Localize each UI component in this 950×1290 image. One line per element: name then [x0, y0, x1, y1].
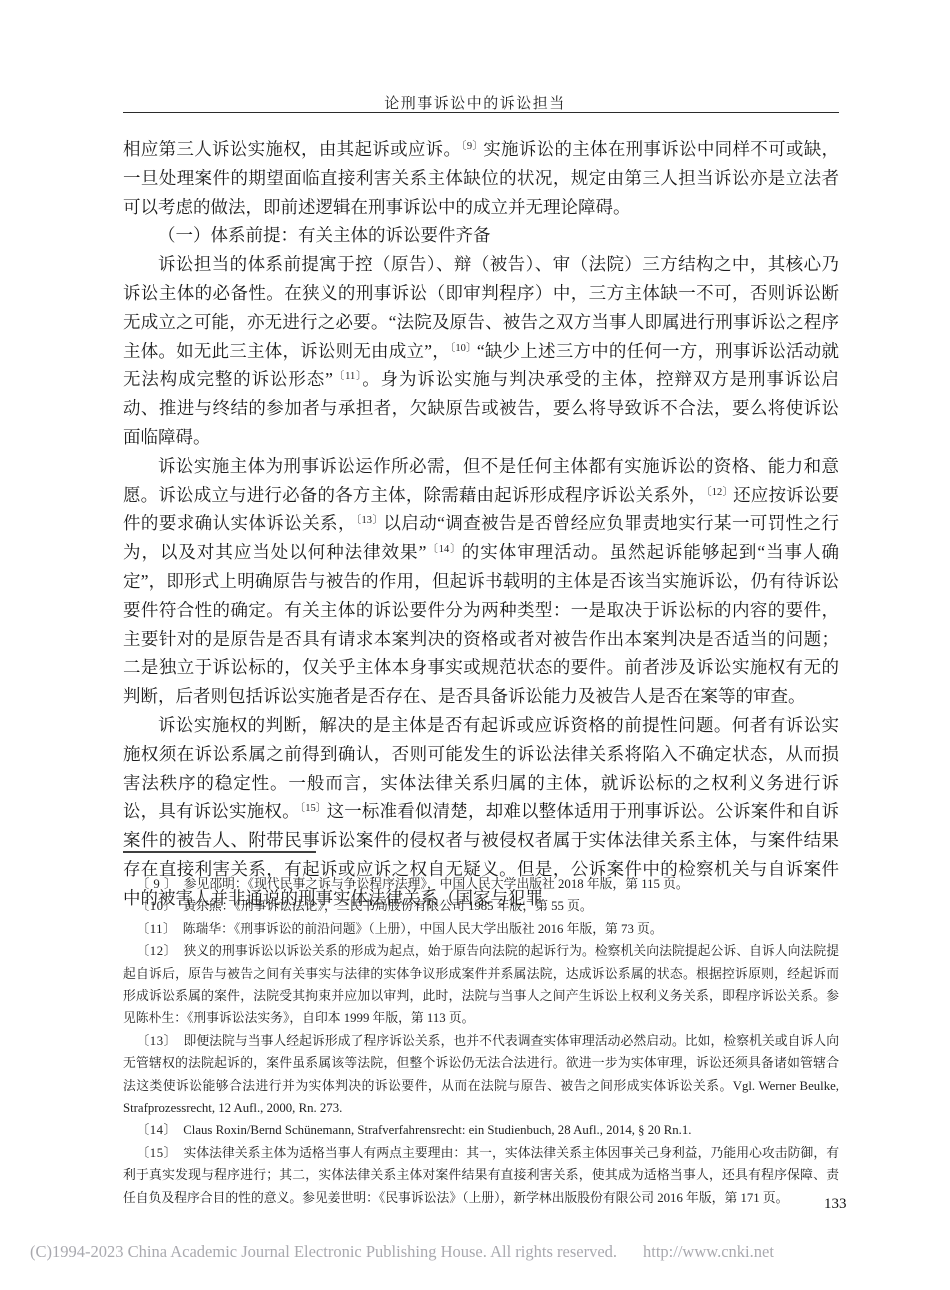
body-paragraph: 诉讼担当的体系前提寓于控（原告）、辩（被告）、审（法院）三方结构之中，其核心乃诉… [123, 250, 839, 452]
body-paragraph: 相应第三人诉讼实施权，由其起诉或应诉。〔9〕实施诉讼的主体在刑事诉讼中同样不可或… [123, 135, 839, 221]
header-rule [123, 112, 839, 113]
footnote-label: 〔 9 〕 [136, 877, 177, 891]
footnote-ref: 〔15〕 [300, 803, 327, 814]
footnote-item: 〔14〕 Claus Roxin/Bernd Schünemann, Straf… [123, 1119, 839, 1141]
section-heading: （一）体系前提：有关主体的诉讼要件齐备 [123, 221, 839, 250]
footnote-label: 〔15〕 [136, 1146, 177, 1160]
footnote-ref: 〔11〕 [333, 371, 362, 382]
footnote-separator [123, 851, 316, 853]
copyright-text: (C)1994-2023 China Academic Journal Elec… [30, 1242, 617, 1261]
page-number: 133 [824, 1196, 847, 1213]
footnote-ref: 〔10〕 [450, 343, 477, 354]
body-paragraph: 诉讼实施主体为刑事诉讼运作所必需，但不是任何主体都有实施诉讼的资格、能力和意愿。… [123, 452, 839, 711]
cnki-link[interactable]: http://www.cnki.net [643, 1242, 774, 1261]
footnote-item: 〔15〕 实体法律关系主体为适格当事人有两点主要理由：其一，实体法律关系主体因事… [123, 1142, 839, 1209]
footnote-label: 〔11〕 [136, 922, 176, 936]
footnote-label: 〔13〕 [136, 1034, 177, 1048]
footnote-label: 〔12〕 [136, 944, 177, 958]
footnote-ref: 〔13〕 [356, 515, 384, 526]
footnote-item: 〔13〕 即便法院与当事人经起诉形成了程序诉讼关系，也并不代表调查实体审理活动必… [123, 1030, 839, 1120]
body-text: 相应第三人诉讼实施权，由其起诉或应诉。〔9〕实施诉讼的主体在刑事诉讼中同样不可或… [123, 135, 839, 913]
footnote-label: 〔14〕 [136, 1123, 176, 1137]
footnote-ref: 〔12〕 [706, 487, 733, 498]
footnote-ref: 〔14〕 [426, 544, 461, 555]
footnote-item: 〔10〕 黄东熊：《刑事诉讼法论》，三民书局股份有限公司 1985 年版，第 5… [123, 895, 839, 917]
footnote-label: 〔10〕 [136, 899, 176, 913]
footnote-item: 〔11〕 陈瑞华：《刑事诉讼的前沿问题》（上册），中国人民大学出版社 2016 … [123, 918, 839, 940]
footnote-ref: 〔9〕 [461, 141, 483, 152]
footnote-item: 〔12〕 狭义的刑事诉讼以诉讼关系的形成为起点，始于原告向法院的起诉行为。检察机… [123, 940, 839, 1030]
journal-page: 论刑事诉讼中的诉讼担当 相应第三人诉讼实施权，由其起诉或应诉。〔9〕实施诉讼的主… [0, 0, 950, 1290]
footnote-item: 〔 9 〕 参见邵明：《现代民事之诉与争讼程序法理》，中国人民大学出版社 201… [123, 873, 839, 895]
footer: (C)1994-2023 China Academic Journal Elec… [30, 1242, 930, 1262]
footnotes: 〔 9 〕 参见邵明：《现代民事之诉与争讼程序法理》，中国人民大学出版社 201… [123, 873, 839, 1209]
running-title: 论刑事诉讼中的诉讼担当 [0, 92, 950, 113]
